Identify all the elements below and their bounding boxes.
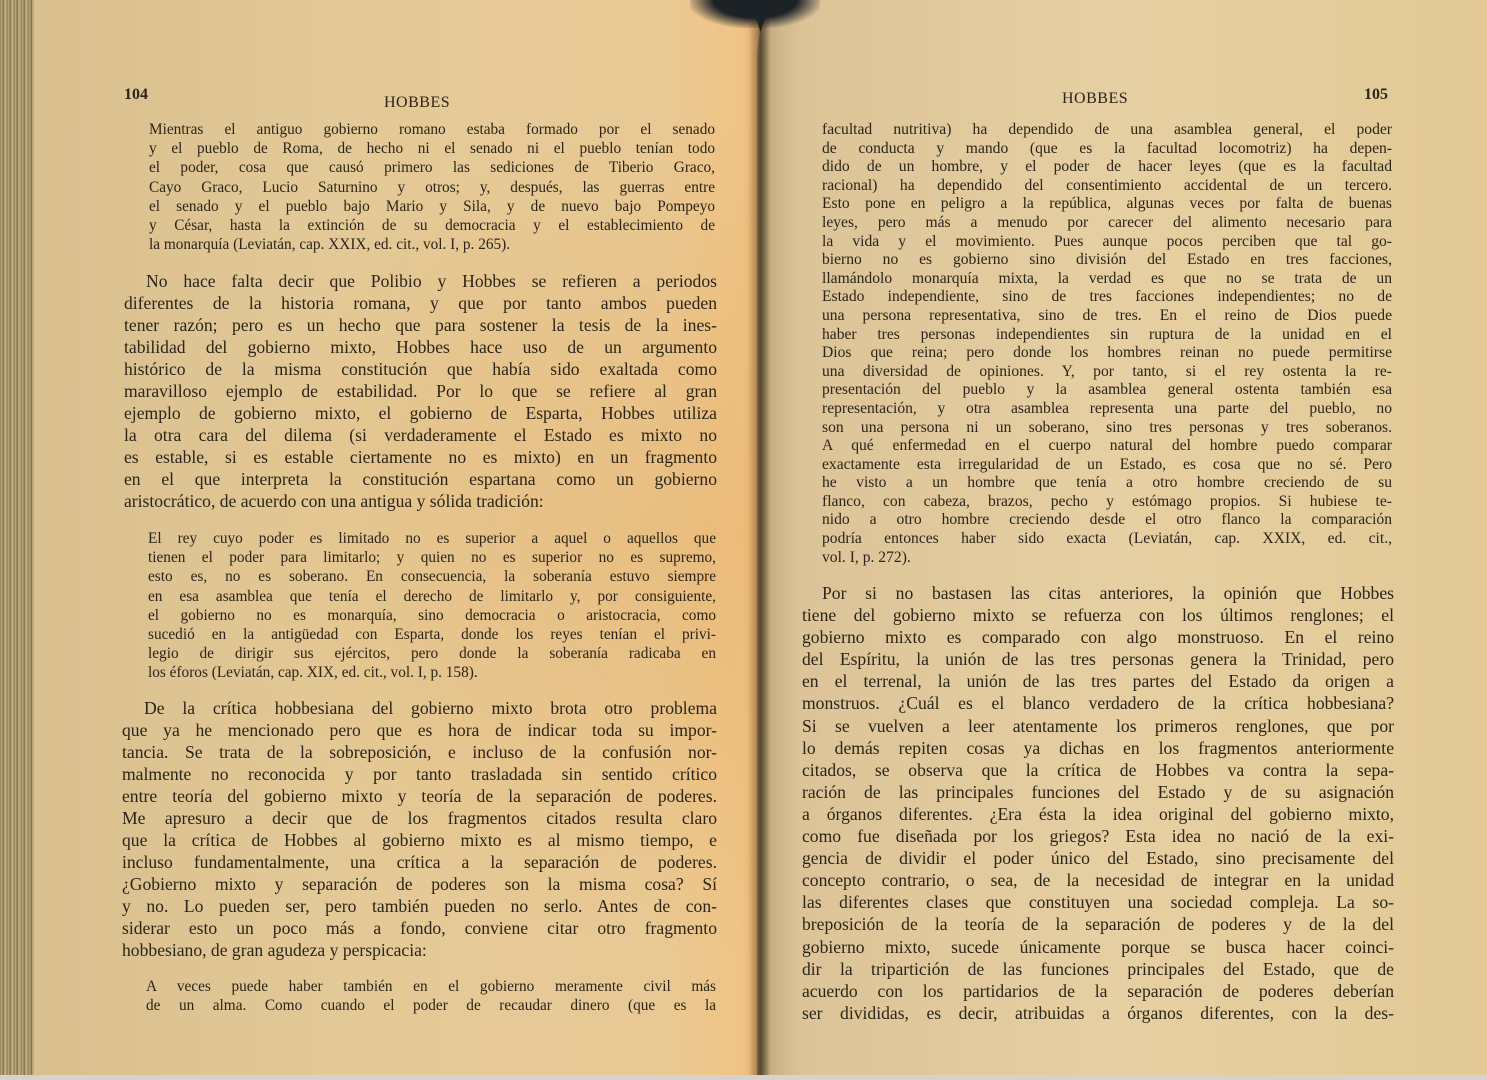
text-line: vol. I, p. 272). bbox=[822, 549, 1392, 568]
text-line: concepto contrario, o sea, de la necesid… bbox=[802, 869, 1394, 891]
text-line: dir la tripartición de las funciones pri… bbox=[802, 958, 1394, 980]
text-line: como fue diseñada por los griegos? Esta … bbox=[802, 825, 1394, 847]
text-line: lo demás repiten cosas ya dichas en los … bbox=[802, 737, 1394, 759]
text-line: histórico de la misma constitución que h… bbox=[124, 358, 717, 380]
text-line: A veces puede haber también en el gobier… bbox=[146, 977, 716, 996]
text-line: podría entonces haber sido exacta (Levia… bbox=[822, 530, 1392, 549]
text-line: haber tres personas independientes sin r… bbox=[822, 326, 1392, 345]
text-line: a órganos diferentes. ¿Era ésta la idea … bbox=[802, 803, 1394, 825]
text-line: la vida y el movimiento. Pues aunque poc… bbox=[822, 233, 1392, 252]
text-line: flanco, con cabeza, brazos, pecho y estó… bbox=[822, 493, 1392, 512]
text-line: el poder, cosa que causó primero las sed… bbox=[149, 158, 715, 177]
text-line: sucedió en la antigüedad con Esparta, do… bbox=[148, 625, 716, 644]
text-line: el senado y el pueblo bajo Mario y Sila,… bbox=[149, 197, 715, 216]
text-line: leyes, pero más a menudo por carecer del… bbox=[822, 214, 1392, 233]
text-line: ¿Gobierno mixto y separación de poderes … bbox=[122, 873, 717, 895]
block-quote-continued: facultad nutritiva) ha dependido de una … bbox=[822, 121, 1392, 567]
text-line: malmente no reconocida y por tanto trasl… bbox=[122, 763, 717, 785]
text-line: del Espíritu, la unión de las tres perso… bbox=[802, 648, 1394, 670]
text-line: la monarquía (Leviatán, cap. XXIX, ed. c… bbox=[149, 235, 715, 254]
text-line: dido de un hombre, y el poder de hacer l… bbox=[822, 158, 1392, 177]
text-line: y no. Lo pueden ser, pero también pueden… bbox=[122, 895, 717, 917]
running-head-right: HOBBES bbox=[1062, 90, 1128, 108]
text-line: No hace falta decir que Polibio y Hobbes… bbox=[124, 270, 717, 292]
text-line: gobierno mixto es comparado con algo mon… bbox=[802, 626, 1394, 648]
text-line: llamándolo monarquía mixta, la verdad es… bbox=[822, 270, 1392, 289]
block-quote-3: A veces puede haber también en el gobier… bbox=[146, 977, 716, 1015]
text-line: gencia de dividir el poder único del Est… bbox=[802, 847, 1394, 869]
spine-shadow bbox=[690, 0, 820, 28]
text-line: acuerdo con los partidarios de la separa… bbox=[802, 980, 1394, 1002]
right-page: HOBBES 105 facultad nutritiva) ha depend… bbox=[757, 0, 1487, 1075]
text-line: gobierno mixto, sucede únicamente porque… bbox=[802, 936, 1394, 958]
text-line: monstruos. ¿Cuál es el blanco verdadero … bbox=[802, 692, 1394, 714]
page-number-right: 105 bbox=[1364, 86, 1388, 104]
page-bottom-edge bbox=[0, 1075, 1487, 1080]
text-line: bierno no es gobierno sino división del … bbox=[822, 251, 1392, 270]
text-line: tienen el poder para limitarlo; y quien … bbox=[148, 548, 716, 567]
text-line: representación, y otra asamblea represen… bbox=[822, 400, 1392, 419]
text-line: ración de las principales funciones del … bbox=[802, 781, 1394, 803]
text-line: y César, hasta la extinción de su democr… bbox=[149, 216, 715, 235]
text-line: que la crítica de Hobbes al gobierno mix… bbox=[122, 829, 717, 851]
text-line: racional) ha dependido del consentimient… bbox=[822, 177, 1392, 196]
book-spread: 104 HOBBES Mientras el antiguo gobierno … bbox=[0, 0, 1487, 1080]
text-line: nido a otro hombre creciendo desde el ot… bbox=[822, 511, 1392, 530]
text-line: es estable, si es estable ciertamente no… bbox=[124, 446, 717, 468]
page-edges bbox=[0, 0, 36, 1080]
text-line: son una persona ni un soberano, sino tre… bbox=[822, 419, 1392, 438]
text-line: tiene del gobierno mixto se refuerza con… bbox=[802, 604, 1394, 626]
text-line: en el terrenal, la unión de las tres par… bbox=[802, 670, 1394, 692]
block-quote-1: Mientras el antiguo gobierno romano esta… bbox=[149, 120, 715, 254]
text-line: de conducta y mando (que es la facultad … bbox=[822, 140, 1392, 159]
running-head-left: HOBBES bbox=[384, 94, 450, 112]
text-line: De la crítica hobbesiana del gobierno mi… bbox=[122, 697, 717, 719]
paragraph-2: De la crítica hobbesiana del gobierno mi… bbox=[122, 697, 717, 961]
text-line: tabilidad del gobierno mixto, Hobbes hac… bbox=[124, 336, 717, 358]
page-number-left: 104 bbox=[124, 86, 148, 104]
text-line: presentación del pueblo y la asamblea ge… bbox=[822, 381, 1392, 400]
text-line: A qué enfermedad en el cuerpo natural de… bbox=[822, 437, 1392, 456]
text-line: legio de dirigir sus ejércitos, pero don… bbox=[148, 644, 716, 663]
text-line: breposición de la teoría de la separació… bbox=[802, 913, 1394, 935]
text-line: El rey cuyo poder es limitado no es supe… bbox=[148, 529, 716, 548]
text-line: tancia. Se trata de la sobreposición, e … bbox=[122, 741, 717, 763]
text-line: una persona representativa, sino de tres… bbox=[822, 307, 1392, 326]
text-line: que ya he mencionado pero que es hora de… bbox=[122, 719, 717, 741]
text-line: exactamente esta irregularidad de un Est… bbox=[822, 456, 1392, 475]
text-line: aristocrático, de acuerdo con una antigu… bbox=[124, 490, 717, 512]
text-line: Por si no bastasen las citas anteriores,… bbox=[802, 582, 1394, 604]
book-gutter bbox=[748, 0, 770, 1080]
text-line: tener razón; pero es un hecho que para s… bbox=[124, 314, 717, 336]
text-line: facultad nutritiva) ha dependido de una … bbox=[822, 121, 1392, 140]
text-line: una diversidad de opiniones. Y, por tant… bbox=[822, 363, 1392, 382]
text-line: siderar esto un poco más a fondo, convie… bbox=[122, 917, 717, 939]
text-line: de un alma. Como cuando el poder de reca… bbox=[146, 996, 716, 1015]
block-quote-2: El rey cuyo poder es limitado no es supe… bbox=[148, 529, 716, 683]
text-line: Esto pone en peligro a la república, alg… bbox=[822, 195, 1392, 214]
text-line: Cayo Graco, Lucio Saturnino y otros; y, … bbox=[149, 178, 715, 197]
text-line: Si se vuelven a leer atentamente los pri… bbox=[802, 715, 1394, 737]
text-line: hobbesiano, de gran agudeza y perspicaci… bbox=[122, 939, 717, 961]
paragraph-3: Por si no bastasen las citas anteriores,… bbox=[802, 582, 1394, 1024]
text-line: en el que interpreta la constitución esp… bbox=[124, 468, 717, 490]
text-line: maravilloso ejemplo de estabilidad. Por … bbox=[124, 380, 717, 402]
text-line: en esa asamblea que tenía el derecho de … bbox=[148, 587, 716, 606]
text-line: Mientras el antiguo gobierno romano esta… bbox=[149, 120, 715, 139]
text-line: las diferentes clases que constituyen un… bbox=[802, 891, 1394, 913]
text-line: y el pueblo de Roma, de hecho ni el sena… bbox=[149, 139, 715, 158]
left-page: 104 HOBBES Mientras el antiguo gobierno … bbox=[34, 0, 764, 1075]
text-line: diferentes de la historia romana, y que … bbox=[124, 292, 717, 314]
text-line: esto es, no es soberano. En consecuencia… bbox=[148, 567, 716, 586]
text-line: entre teoría del gobierno mixto y teoría… bbox=[122, 785, 717, 807]
text-line: Estado independiente, sino de tres facci… bbox=[822, 288, 1392, 307]
text-line: los éforos (Leviatán, cap. XIX, ed. cit.… bbox=[148, 663, 716, 682]
text-line: he visto a un hombre que tenía a otro ho… bbox=[822, 474, 1392, 493]
text-line: el gobierno no es monarquía, sino democr… bbox=[148, 606, 716, 625]
text-line: la otra cara del dilema (si verdaderamen… bbox=[124, 424, 717, 446]
text-line: incluso fundamentalmente, una crítica a … bbox=[122, 851, 717, 873]
text-line: Dios que reina; pero donde los hombres r… bbox=[822, 344, 1392, 363]
paragraph-1: No hace falta decir que Polibio y Hobbes… bbox=[124, 270, 717, 512]
text-line: ejemplo de gobierno mixto, el gobierno d… bbox=[124, 402, 717, 424]
text-line: citados, se observa que la crítica de Ho… bbox=[802, 759, 1394, 781]
text-line: Me apresuro a decir que de los fragmento… bbox=[122, 807, 717, 829]
text-line: ser divididas, es decir, atribuidas a ór… bbox=[802, 1002, 1394, 1024]
